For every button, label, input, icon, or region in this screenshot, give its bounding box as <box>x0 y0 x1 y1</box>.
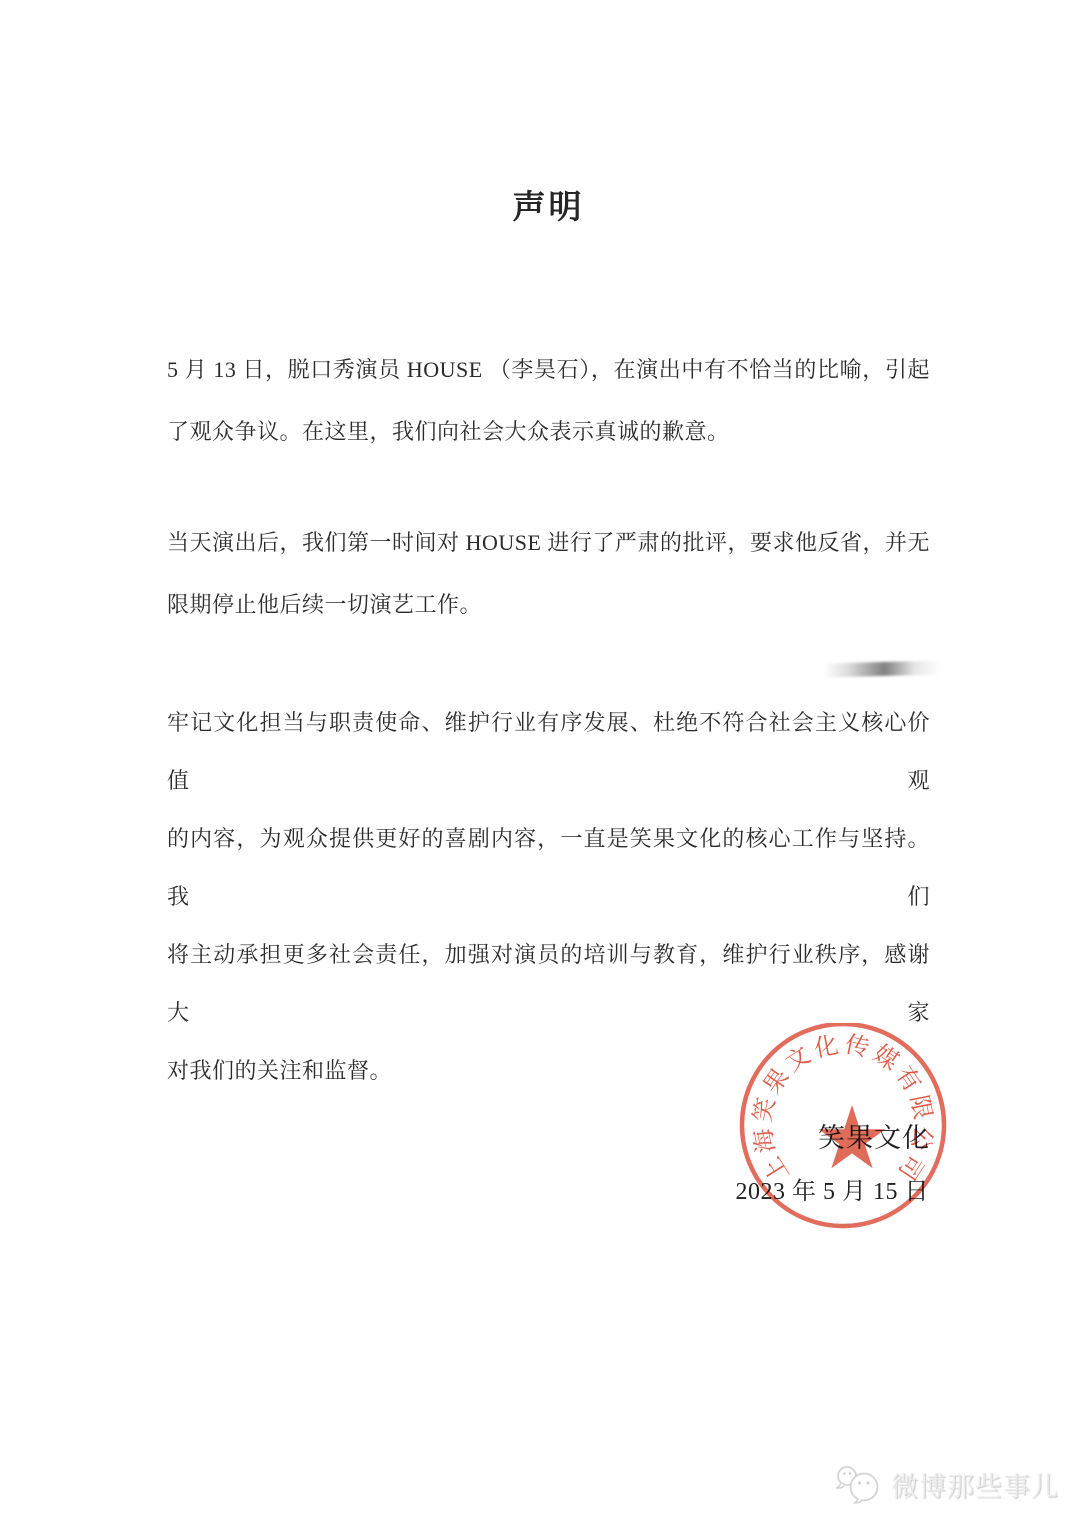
document-title: 声明 <box>167 181 930 228</box>
company-seal: 上海笑果文化传媒有限公司 <box>735 1023 951 1235</box>
text-line: 当天演出后，我们第一时间对 HOUSE 进行了严肃的批评，要求他反省，并无 <box>167 512 930 574</box>
statement-document-page: 声明 5 月 13 日，脱口秀演员 HOUSE （李昊石），在演出中有不恰当的比… <box>0 0 1080 1530</box>
text-line: 的内容，为观众提供更好的喜剧内容，一直是笑果文化的核心工作与坚持。我们 <box>167 810 930 926</box>
scan-smudge-artifact <box>824 660 940 677</box>
watermark-label: 微博那些事儿 <box>891 1465 1059 1504</box>
weibo-chat-faces-icon <box>833 1462 883 1506</box>
paragraph-apology: 5 月 13 日，脱口秀演员 HOUSE （李昊石），在演出中有不恰当的比喻，引… <box>167 339 930 463</box>
text-line: 牢记文化担当与职责使命、维护行业有序发展、杜绝不符合社会主义核心价值观 <box>167 694 930 810</box>
seal-company-name: 上海笑果文化传媒有限公司 <box>749 1031 936 1188</box>
watermark: 微博那些事儿 <box>833 1462 1059 1506</box>
paragraph-measures: 当天演出后，我们第一时间对 HOUSE 进行了严肃的批评，要求他反省，并无 限期… <box>167 512 930 636</box>
seal-company-text-curve: 上海笑果文化传媒有限公司 <box>749 1031 936 1188</box>
seal-star-icon <box>819 1105 886 1168</box>
text-line: 5 月 13 日，脱口秀演员 HOUSE （李昊石），在演出中有不恰当的比喻，引… <box>167 339 930 401</box>
text-line: 限期停止他后续一切演艺工作。 <box>167 574 930 636</box>
text-line: 了观众争议。在这里，我们向社会大众表示真诚的歉意。 <box>167 401 930 463</box>
